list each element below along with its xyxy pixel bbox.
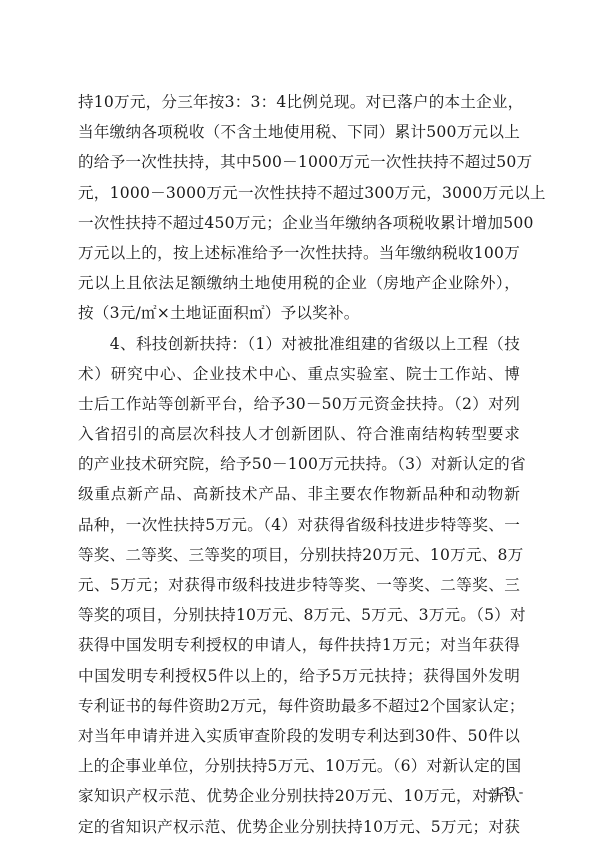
page-number: - 135 -: [486, 785, 523, 801]
document-body: 持10万元，分三年按3：3：4比例兑现。对已落户的本土企业， 当年缴纳各项税收（…: [78, 87, 520, 842]
text-line: 上的企事业单位，分别扶持5万元、10万元。（6）对新认定的国: [78, 751, 520, 781]
text-line: 等奖、二等奖、三等奖的项目，分别扶持20万元、10万元、8万: [78, 540, 520, 570]
text-line: 的给予一次性扶持，其中500－1000万元一次性扶持不超过50万: [78, 147, 520, 177]
text-line: 定的省知识产权示范、优势企业分别扶持10万元、5万元；对获: [78, 812, 520, 842]
text-line: 元、5万元；对获得市级科技进步特等奖、一等奖、二等奖、三: [78, 570, 520, 600]
text-line: 一次性扶持不超过450万元；企业当年缴纳各项税收累计增加500: [78, 208, 520, 238]
text-line: 持10万元，分三年按3：3：4比例兑现。对已落户的本土企业，: [78, 87, 520, 117]
section-heading-line: 4、科技创新扶持：（1）对被批准组建的省级以上工程（技: [78, 329, 520, 359]
text-line: 的产业技术研究院，给予50－100万元扶持。（3）对新认定的省: [78, 449, 520, 479]
text-line: 入省招引的高层次科技人才创新团队、符合淮南结构转型要求: [78, 419, 520, 449]
text-line: 元以上且依法足额缴纳土地使用税的企业（房地产企业除外），: [78, 268, 520, 298]
text-line: 家知识产权示范、优势企业分别扶持20万元、10万元，对新认: [78, 781, 520, 811]
text-line: 获得中国发明专利授权的申请人，每件扶持1万元；对当年获得: [78, 630, 520, 660]
text-line: 中国发明专利授权5件以上的，给予5万元扶持；获得国外发明: [78, 661, 520, 691]
text-line: 级重点新产品、高新技术产品、非主要农作物新品种和动物新: [78, 479, 520, 509]
text-line: 当年缴纳各项税收（不含土地使用税、下同）累计500万元以上: [78, 117, 520, 147]
text-line: 对当年申请并进入实质审查阶段的发明专利达到30件、50件以: [78, 721, 520, 751]
text-line: 专利证书的每件资助2万元，每件资助最多不超过2个国家认定；: [78, 691, 520, 721]
text-line: 士后工作站等创新平台，给予30－50万元资金扶持。（2）对列: [78, 389, 520, 419]
paragraph-end-line: 按（3元/㎡×土地证面积㎡）予以奖补。: [78, 298, 520, 328]
text-line: 等奖的项目，分别扶持10万元、8万元、5万元、3万元。（5）对: [78, 600, 520, 630]
text-line: 术）研究中心、企业技术中心、重点实验室、院士工作站、博: [78, 359, 520, 389]
text-line: 万元以上的，按上述标准给予一次性扶持。当年缴纳税收100万: [78, 238, 520, 268]
text-line: 元，1000－3000万元一次性扶持不超过300万元，3000万元以上: [78, 178, 520, 208]
text-line: 品种，一次性扶持5万元。（4）对获得省级科技进步特等奖、一: [78, 510, 520, 540]
